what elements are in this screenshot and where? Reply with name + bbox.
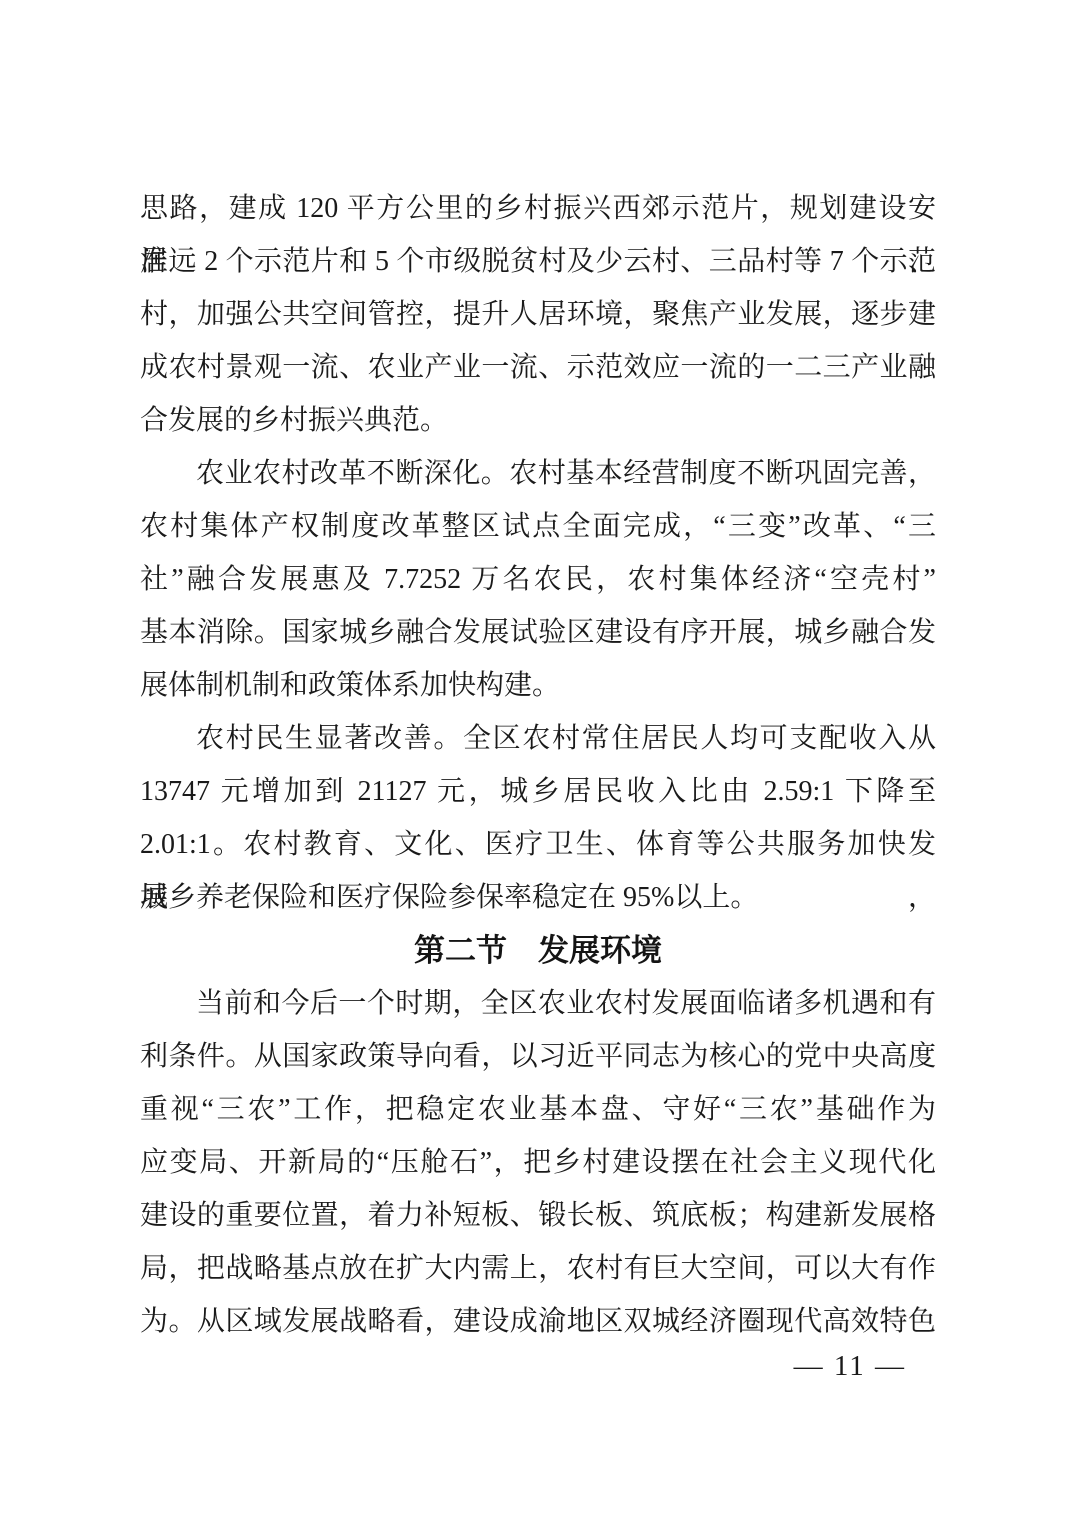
text-line: 基本消除。国家城乡融合发展试验区建设有序开展，城乡融合发 — [140, 606, 936, 659]
text-line: 利条件。从国家政策导向看，以习近平同志为核心的党中央高度 — [140, 1030, 936, 1083]
paragraph-development-environment: 当前和今后一个时期，全区农业农村发展面临诸多机遇和有 利条件。从国家政策导向看，… — [140, 977, 936, 1348]
text-line: 村，加强公共空间管控，提升人居环境，聚焦产业发展，逐步建 — [140, 288, 936, 341]
text-line: 合发展的乡村振兴典范。 — [140, 394, 936, 447]
text-line: 建设的重要位置，着力补短板、锻长板、筑底板；构建新发展格 — [140, 1189, 936, 1242]
text-line: 当前和今后一个时期，全区农业农村发展面临诸多机遇和有 — [140, 977, 936, 1030]
text-line: 为。从区域发展战略看，建设成渝地区双城经济圈现代高效特色 — [140, 1295, 936, 1348]
text-line: 农村民生显著改善。全区农村常住居民人均可支配收入从 — [140, 712, 936, 765]
text-line: 淮远 2 个示范片和 5 个市级脱贫村及少云村、三品村等 7 个示范 — [140, 235, 936, 288]
text-line: 展体制机制和政策体系加快构建。 — [140, 659, 936, 712]
text-line: 13747 元增加到 21127 元，城乡居民收入比由 2.59:1 下降至 — [140, 765, 936, 818]
text-line: 重视“三农”工作，把稳定农业基本盘、守好“三农”基础作为 — [140, 1083, 936, 1136]
page-number: — 11 — — [794, 1346, 906, 1386]
paragraph-rural-reform: 农业农村改革不断深化。农村基本经营制度不断巩固完善， 农村集体产权制度改革整区试… — [140, 447, 936, 712]
text-line: 成农村景观一流、农业产业一流、示范效应一流的一二三产业融 — [140, 341, 936, 394]
text-line: 应变局、开新局的“压舱石”，把乡村建设摆在社会主义现代化 — [140, 1136, 936, 1189]
text-line: 思路，建成 120 平方公里的乡村振兴西郊示范片，规划建设安居、 — [140, 182, 936, 235]
text-line: 2.01:1。农村教育、文化、医疗卫生、体育等公共服务加快发展， — [140, 818, 936, 871]
text-line: 局，把战略基点放在扩大内需上，农村有巨大空间，可以大有作 — [140, 1242, 936, 1295]
paragraph-continuation: 思路，建成 120 平方公里的乡村振兴西郊示范片，规划建设安居、 淮远 2 个示… — [140, 182, 936, 447]
document-page: 思路，建成 120 平方公里的乡村振兴西郊示范片，规划建设安居、 淮远 2 个示… — [0, 0, 1074, 1520]
text-line: 社”融合发展惠及 7.7252 万名农民，农村集体经济“空壳村” — [140, 553, 936, 606]
paragraph-rural-livelihood: 农村民生显著改善。全区农村常住居民人均可支配收入从 13747 元增加到 211… — [140, 712, 936, 924]
page-content: 思路，建成 120 平方公里的乡村振兴西郊示范片，规划建设安居、 淮远 2 个示… — [140, 182, 936, 1348]
section-heading: 第二节 发展环境 — [140, 924, 936, 977]
text-line: 农村集体产权制度改革整区试点全面完成，“三变”改革、“三 — [140, 500, 936, 553]
text-line: 农业农村改革不断深化。农村基本经营制度不断巩固完善， — [140, 447, 936, 500]
